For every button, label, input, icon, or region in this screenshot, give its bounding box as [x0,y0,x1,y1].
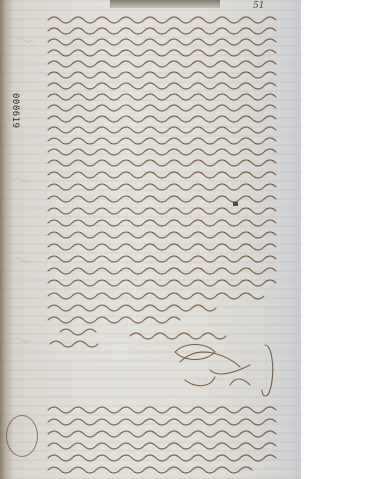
manuscript-page: 51 000619 [0,0,301,479]
folio-number: 51 [253,1,264,11]
page-top-edge [110,0,220,8]
handwriting-lines [0,0,301,479]
archive-stamp: 000619 [10,93,20,129]
marginal-circle-mark [6,415,38,457]
